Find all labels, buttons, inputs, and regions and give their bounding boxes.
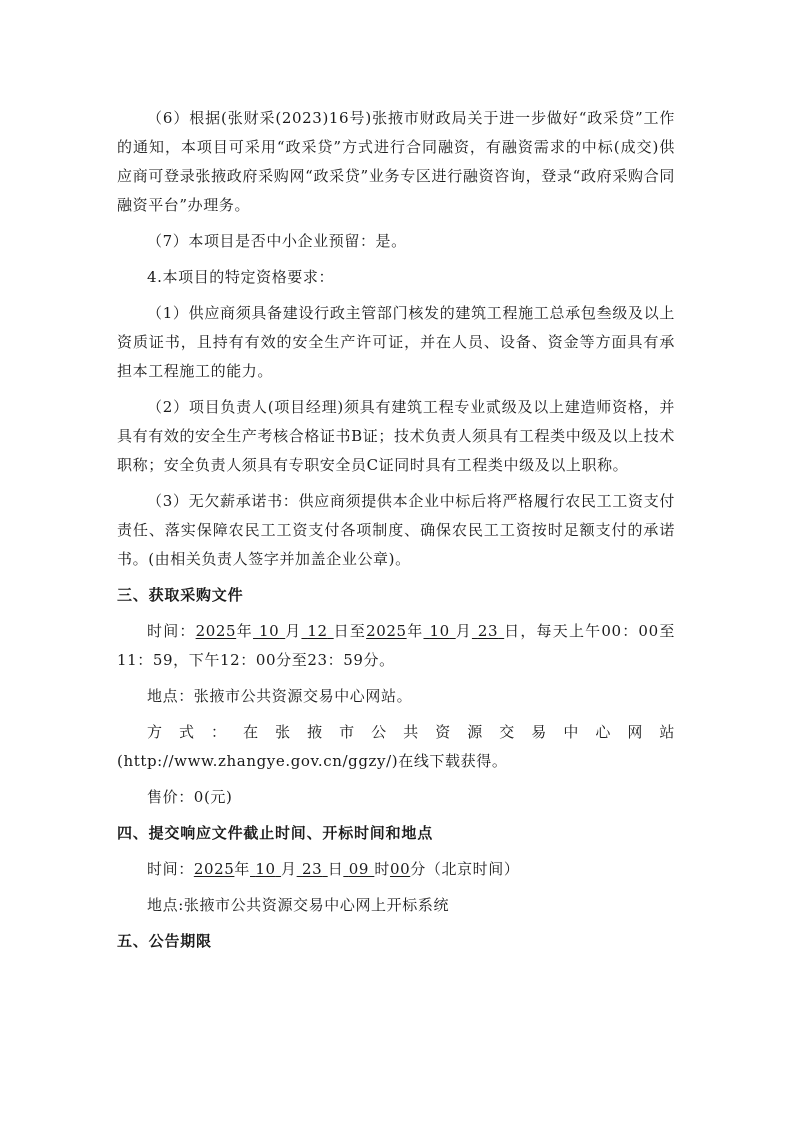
time-label: 时间： [147, 622, 196, 640]
time-label: 时间： [147, 860, 194, 878]
requirement-3: （3）无欠薪承诺书：供应商须提供本企业中标后将严格履行农民工工资支付责任、落实保… [117, 487, 675, 574]
deadline-hour: 09 [343, 860, 374, 878]
section-4-time: 时间：2025年 10 月 23 日 09 时00分（北京时间） [117, 855, 675, 884]
year-char: 年 [234, 860, 250, 878]
section-5-heading: 五、公告期限 [117, 927, 675, 956]
end-day: 23 [472, 622, 504, 640]
start-year: 2025 [196, 622, 237, 640]
deadline-month: 10 [250, 860, 281, 878]
section-3-price: 售价：0(元) [117, 783, 675, 812]
requirement-1: （1）供应商须具备建设行政主管部门核发的建筑工程施工总承包叁级及以上资质证书，且… [117, 299, 675, 386]
timezone-note: （北京时间） [426, 860, 520, 878]
day-char: 日 [504, 622, 520, 640]
hour-char: 时 [374, 860, 390, 878]
to-char: 至 [350, 622, 366, 640]
start-day: 12 [301, 622, 333, 640]
deadline-year: 2025 [194, 860, 235, 878]
deadline-day: 23 [297, 860, 328, 878]
month-char: 月 [456, 622, 472, 640]
minute-char: 分 [410, 860, 426, 878]
day-char: 日 [334, 622, 350, 640]
month-char: 月 [285, 622, 301, 640]
document-page: （6）根据(张财采(2023)16号)张掖市财政局关于进一步做好“政采贷”工作的… [117, 104, 675, 963]
year-char: 年 [407, 622, 424, 640]
start-month: 10 [253, 622, 285, 640]
end-year: 2025 [366, 622, 407, 640]
paragraph-zhengcaidai: （6）根据(张财采(2023)16号)张掖市财政局关于进一步做好“政采贷”工作的… [117, 104, 675, 220]
year-char: 年 [236, 622, 253, 640]
requirement-2: （2）项目负责人(项目经理)须具有建筑工程专业贰级及以上建造师资格，并具有有效的… [117, 393, 675, 480]
section-3-location: 地点：张掖市公共资源交易中心网站。 [117, 682, 675, 711]
end-month: 10 [423, 622, 455, 640]
day-char: 日 [328, 860, 344, 878]
paragraph-sme-reserved: （7）本项目是否中小企业预留：是。 [117, 227, 675, 256]
section-3-time: 时间：2025年 10 月 12 日至2025年 10 月 23 日，每天上午0… [117, 617, 675, 675]
section-4-location: 地点:张掖市公共资源交易中心网上开标系统 [117, 891, 675, 920]
section-3-heading: 三、获取采购文件 [117, 581, 675, 610]
section-3-method: 方式：在张掖市公共资源交易中心网站(http://www.zhangye.gov… [117, 718, 675, 776]
paragraph-specific-qualifications: 4.本项目的特定资格要求： [117, 263, 675, 292]
deadline-minute: 00 [390, 860, 410, 878]
month-char: 月 [281, 860, 297, 878]
section-4-heading: 四、提交响应文件截止时间、开标时间和地点 [117, 819, 675, 848]
